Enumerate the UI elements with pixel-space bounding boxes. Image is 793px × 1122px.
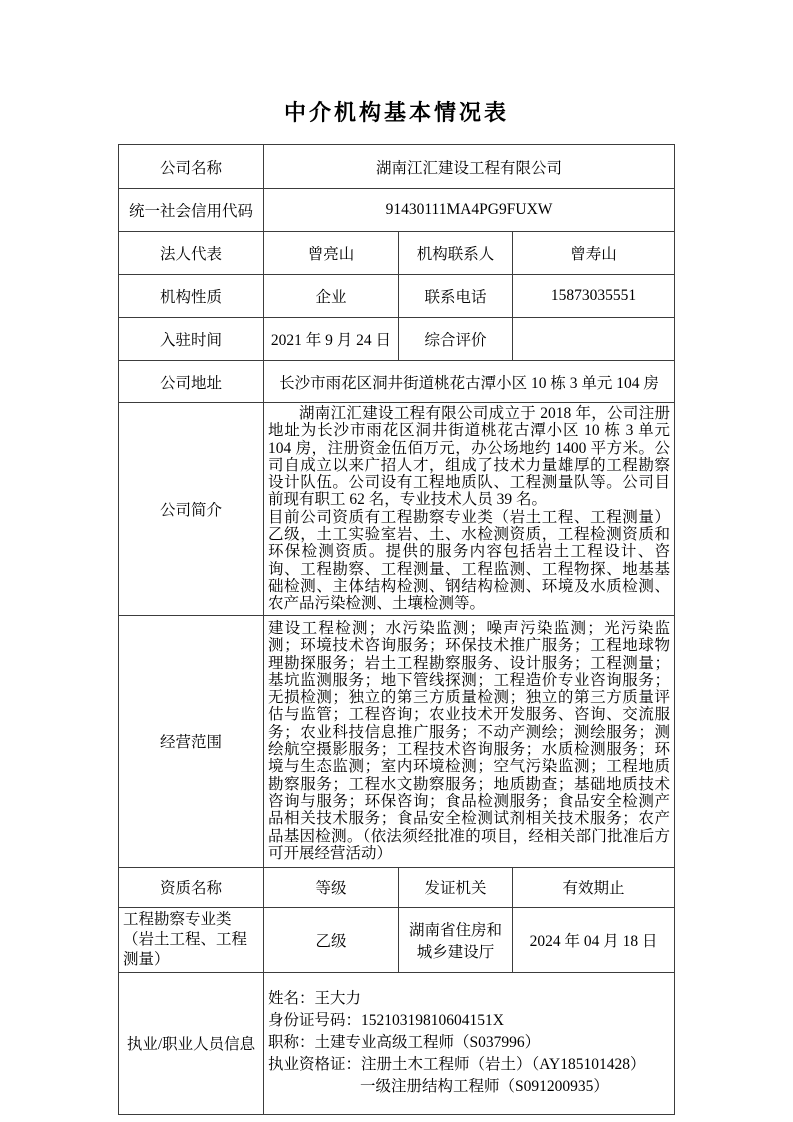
business-scope-text: 建设工程检测；水污染监测；噪声污染监测；光污染监测；环境技术咨询服务；环保技术推… (264, 615, 675, 867)
qualification-grade-header: 等级 (264, 867, 399, 907)
contact-phone-value: 15873035551 (513, 275, 675, 318)
company-profile-label: 公司简介 (119, 403, 264, 616)
org-nature-label: 机构性质 (119, 275, 264, 318)
overall-rating-value (513, 318, 675, 361)
org-contact-value: 曾寿山 (513, 232, 675, 275)
row-address: 公司地址 长沙市雨花区洞井街道桃花古潭小区 10 栋 3 单元 104 房 (119, 361, 675, 403)
qualification-issuer: 湖南省住房和城乡建设厅 (399, 907, 513, 972)
row-qualification-header: 资质名称 等级 发证机关 有效期止 (119, 867, 675, 907)
legal-rep-value: 曾亮山 (264, 232, 399, 275)
qualification-valid-until: 2024 年 04 月 18 日 (513, 907, 675, 972)
row-entry-date: 入驻时间 2021 年 9 月 24 日 综合评价 (119, 318, 675, 361)
business-scope-paragraph: 建设工程检测；水污染监测；噪声污染监测；光污染监测；环境技术咨询服务；环保技术推… (268, 620, 670, 862)
contact-phone-label: 联系电话 (399, 275, 513, 318)
row-company-name: 公司名称 湖南江汇建设工程有限公司 (119, 145, 675, 189)
personnel-certificate-line: 执业资格证：注册土木工程师（岩土）（AY185101428） (268, 1054, 670, 1076)
personnel-certificate-line: 一级注册结构工程师（S091200935） (268, 1076, 670, 1098)
overall-rating-label: 综合评价 (399, 318, 513, 361)
qualification-valid-until-header: 有效期止 (513, 867, 675, 907)
row-org-nature: 机构性质 企业 联系电话 15873035551 (119, 275, 675, 318)
qualification-issuer-header: 发证机关 (399, 867, 513, 907)
personnel-label: 执业/职业人员信息 (119, 972, 264, 1114)
address-label: 公司地址 (119, 361, 264, 403)
company-profile-text: 湖南江汇建设工程有限公司成立于 2018 年，公司注册地址为长沙市雨花区洞井街道… (264, 403, 675, 616)
row-credit-code: 统一社会信用代码 91430111MA4PG9FUXW (119, 189, 675, 232)
row-company-profile: 公司简介 湖南江汇建设工程有限公司成立于 2018 年，公司注册地址为长沙市雨花… (119, 403, 675, 616)
legal-rep-label: 法人代表 (119, 232, 264, 275)
agency-info-table: 公司名称 湖南江汇建设工程有限公司 统一社会信用代码 91430111MA4PG… (118, 144, 675, 1115)
profile-paragraph: 目前公司资质有工程勘察专业类（岩土工程、工程测量）乙级，土工实验室岩、土、水检测… (268, 509, 670, 613)
business-scope-label: 经营范围 (119, 615, 264, 867)
qualification-grade: 乙级 (264, 907, 399, 972)
personnel-name-line: 姓名：王大力 (268, 988, 670, 1010)
company-name-label: 公司名称 (119, 145, 264, 189)
company-name-value: 湖南江汇建设工程有限公司 (264, 145, 675, 189)
personnel-title-line: 职称：土建专业高级工程师（S037996） (268, 1032, 670, 1054)
page-title: 中介机构基本情况表 (0, 100, 793, 126)
row-legal-rep: 法人代表 曾亮山 机构联系人 曾寿山 (119, 232, 675, 275)
credit-code-value: 91430111MA4PG9FUXW (264, 189, 675, 232)
row-personnel: 执业/职业人员信息 姓名：王大力 身份证号码：15210319810604151… (119, 972, 675, 1114)
row-qualification: 工程勘察专业类（岩土工程、工程测量） 乙级 湖南省住房和城乡建设厅 2024 年… (119, 907, 675, 972)
profile-paragraph: 湖南江汇建设工程有限公司成立于 2018 年，公司注册地址为长沙市雨花区洞井街道… (268, 405, 670, 509)
org-contact-label: 机构联系人 (399, 232, 513, 275)
address-value: 长沙市雨花区洞井街道桃花古潭小区 10 栋 3 单元 104 房 (264, 361, 675, 403)
org-nature-value: 企业 (264, 275, 399, 318)
qualification-name-header: 资质名称 (119, 867, 264, 907)
qualification-name: 工程勘察专业类（岩土工程、工程测量） (119, 907, 264, 972)
personnel-info: 姓名：王大力 身份证号码：15210319810604151X 职称：土建专业高… (264, 972, 675, 1114)
entry-date-value: 2021 年 9 月 24 日 (264, 318, 399, 361)
entry-date-label: 入驻时间 (119, 318, 264, 361)
row-business-scope: 经营范围 建设工程检测；水污染监测；噪声污染监测；光污染监测；环境技术咨询服务；… (119, 615, 675, 867)
personnel-id-line: 身份证号码：15210319810604151X (268, 1010, 670, 1032)
credit-code-label: 统一社会信用代码 (119, 189, 264, 232)
